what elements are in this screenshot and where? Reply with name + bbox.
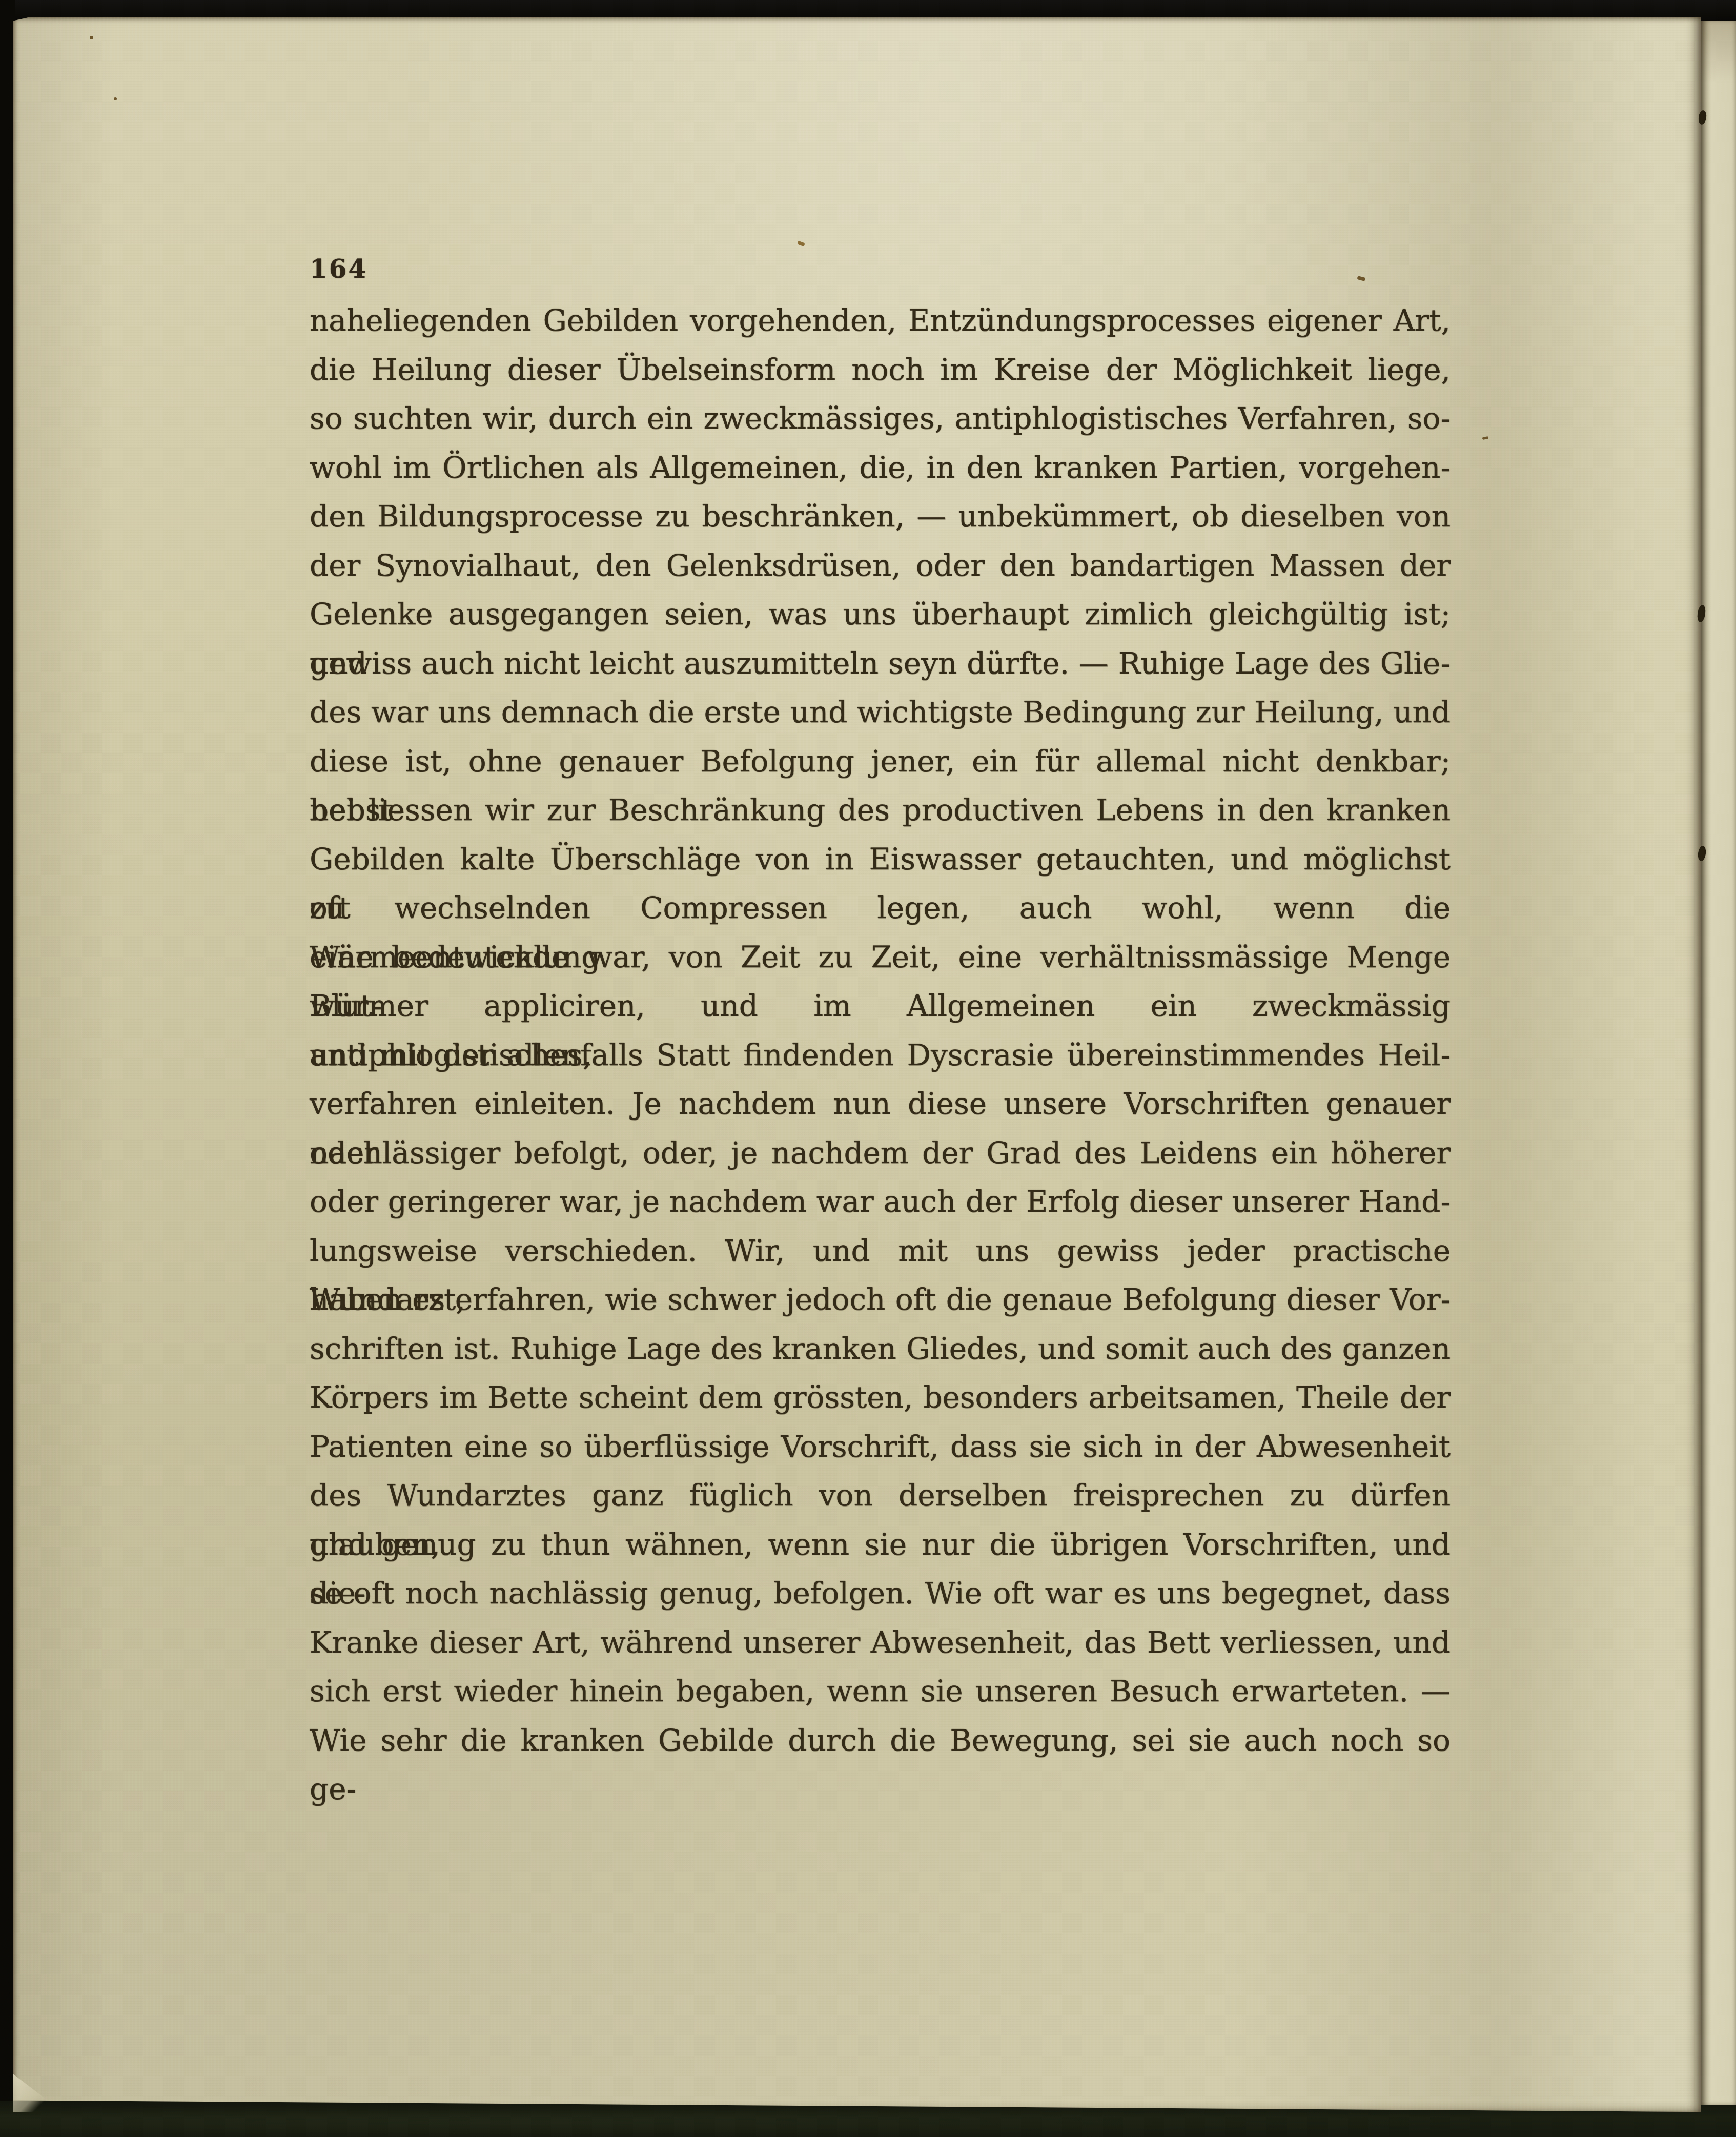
book-page-scan: 164 naheliegenden Gebilden vorgehenden, … [0, 0, 1736, 2137]
text-line: die Heilung dieser Übelseinsform noch im… [310, 345, 1451, 395]
text-line: des Wundarztes ganz füglich von derselbe… [310, 1471, 1451, 1520]
text-line: haben es erfahren, wie schwer jedoch oft… [310, 1275, 1451, 1325]
text-line: eine bedeutende war, von Zeit zu Zeit, e… [310, 933, 1451, 982]
text-line: zu wechselnden Compressen legen, auch wo… [310, 884, 1451, 933]
text-line: des war uns demnach die erste und wichti… [310, 688, 1451, 737]
text-line: oder geringerer war, je nachdem war auch… [310, 1177, 1451, 1227]
text-line: gewiss auch nicht leicht auszumitteln se… [310, 639, 1451, 688]
text-line: Körpers im Bette scheint dem grössten, b… [310, 1373, 1451, 1422]
text-line: naheliegenden Gebilden vorgehenden, Entz… [310, 296, 1451, 345]
text-line: verfahren einleiten. Je nachdem nun dies… [310, 1080, 1451, 1129]
text-line: Gelenke ausgegangen seien, was uns überh… [310, 590, 1451, 639]
text-line: Patienten eine so überflüssige Vorschrif… [310, 1422, 1451, 1472]
text-line: würmer appliciren, und im Allgemeinen ei… [310, 982, 1451, 1031]
text-line: der Synovialhaut, den Gelenksdrüsen, ode… [310, 541, 1451, 591]
text-line: diese ist, ohne genauer Befolgung jener,… [310, 737, 1451, 786]
text-line: und genug zu thun wähnen, wenn sie nur d… [310, 1520, 1451, 1570]
text-line: Gebilden kalte Überschläge von in Eiswas… [310, 835, 1451, 884]
paper-speck [114, 97, 117, 100]
page-number: 164 [310, 256, 367, 282]
text-line: Wie sehr die kranken Gebilde durch die B… [310, 1716, 1451, 1765]
text-line: lungsweise verschieden. Wir, und mit uns… [310, 1227, 1451, 1276]
scan-background-left [0, 0, 15, 2137]
text-line: sich erst wieder hinein begaben, wenn si… [310, 1667, 1451, 1716]
text-line: schriften ist. Ruhige Lage des kranken G… [310, 1325, 1451, 1374]
text-line: nachlässiger befolgt, oder, je nachdem d… [310, 1129, 1451, 1178]
text-line: den Bildungsprocesse zu beschränken, — u… [310, 492, 1451, 541]
text-block: naheliegenden Gebilden vorgehenden, Entz… [310, 296, 1451, 1765]
next-page-edge-strip [1701, 21, 1736, 2105]
text-line: se oft noch nachlässig genug, befolgen. … [310, 1569, 1451, 1618]
text-line: und mit der allenfalls Statt findenden D… [310, 1031, 1451, 1080]
text-line: so suchten wir, durch ein zweckmässiges,… [310, 394, 1451, 443]
text-line: bei liessen wir zur Beschränkung des pro… [310, 786, 1451, 835]
text-line: Kranke dieser Art, während unserer Abwes… [310, 1618, 1451, 1667]
text-line: wohl im Örtlichen als Allgemeinen, die, … [310, 443, 1451, 493]
paper-speck [90, 36, 93, 39]
